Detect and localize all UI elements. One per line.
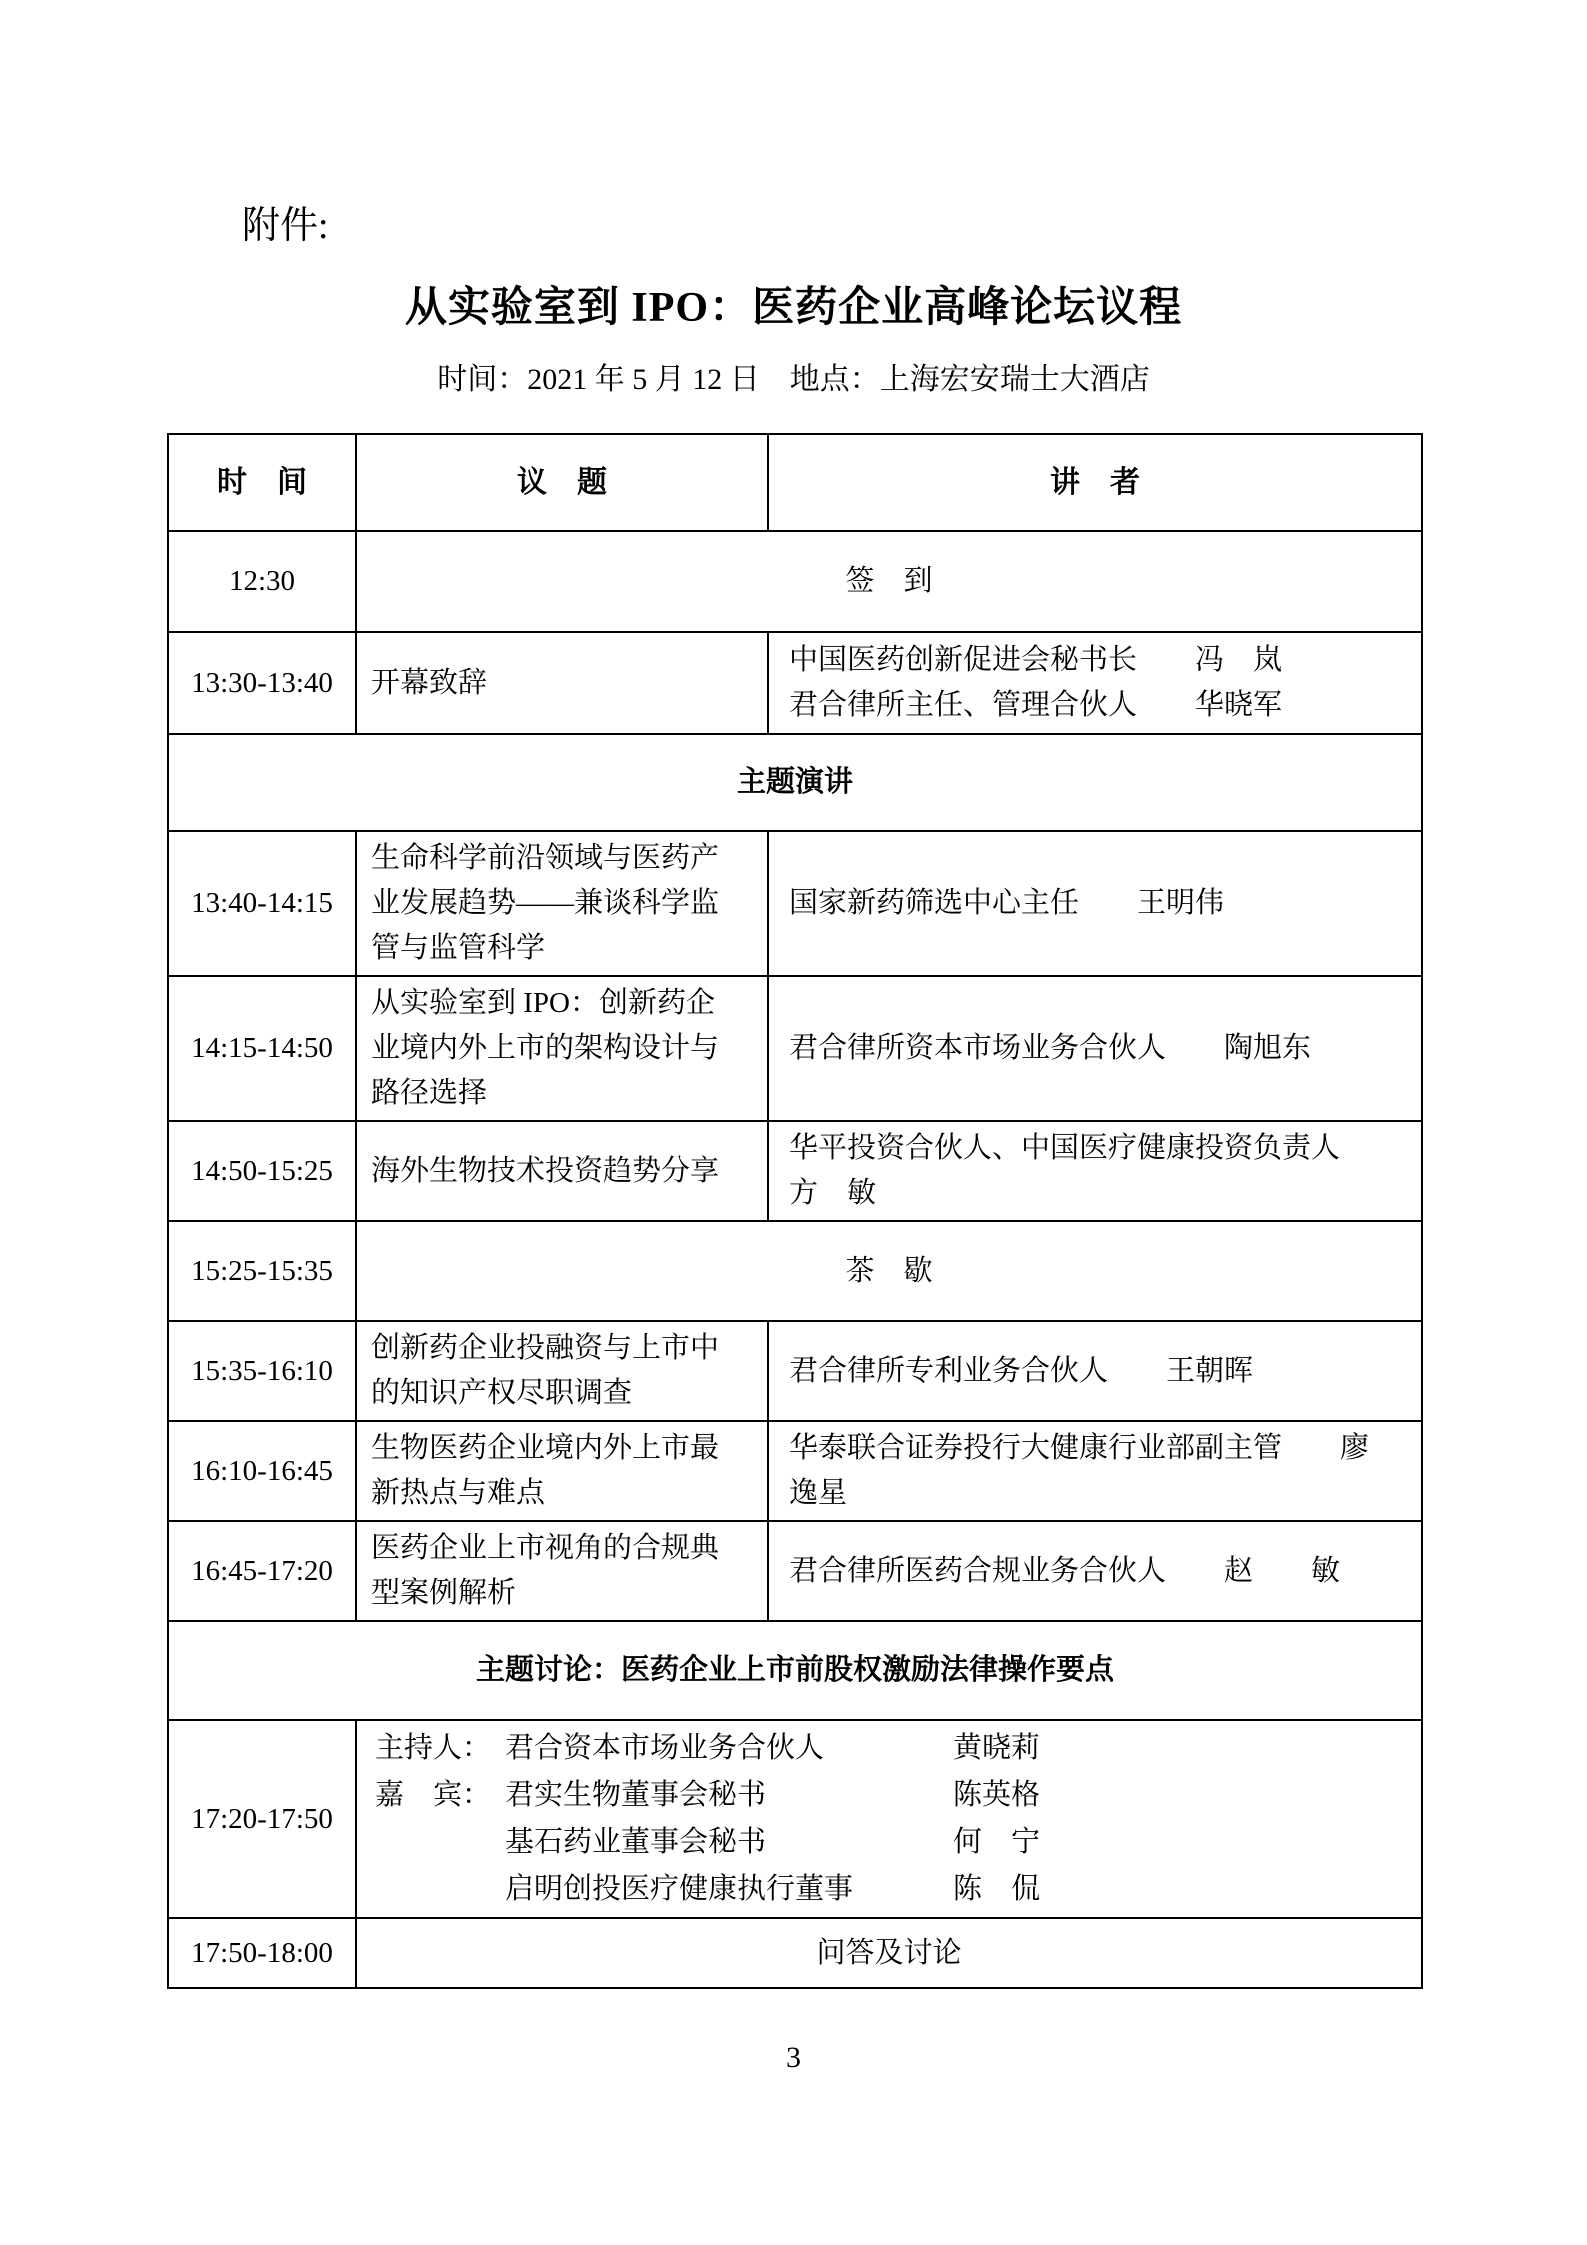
panel-org: 基石药业董事会秘书 [505, 1819, 953, 1866]
topic-cell: 生物医药企业境内外上市最 新热点与难点 [356, 1421, 768, 1521]
topic-cell: 海外生物技术投资趋势分享 [356, 1121, 768, 1221]
speaker-line: 中国医药创新促进会秘书长 冯 岚 [789, 638, 1415, 683]
speaker-cell: 君合律所专利业务合伙人 王朝晖 [768, 1321, 1422, 1421]
time-cell: 13:30-13:40 [168, 632, 356, 734]
panel-role-label: 主持人： [375, 1725, 505, 1772]
column-header-speaker: 讲 者 [768, 434, 1422, 531]
panel-discussion-cell: 主持人： 君合资本市场业务合伙人 黄晓莉 嘉 宾： 君实生物董事会秘书 陈英格 … [356, 1720, 1422, 1918]
panel-org: 君实生物董事会秘书 [505, 1772, 953, 1819]
panel-line: 嘉 宾： 君实生物董事会秘书 陈英格 [375, 1772, 1415, 1819]
merged-content-cell: 签 到 [356, 531, 1422, 632]
speaker-line: 方 敏 [789, 1171, 1415, 1216]
time-cell: 12:30 [168, 531, 356, 632]
panel-role-label: 嘉 宾： [375, 1772, 505, 1819]
document-page: 附件: 从实验室到 IPO：医药企业高峰论坛议程 时间：2021 年 5 月 1… [0, 0, 1587, 2245]
topic-line: 的知识产权尽职调查 [371, 1371, 761, 1416]
topic-cell: 创新药企业投融资与上市中 的知识产权尽职调查 [356, 1321, 768, 1421]
column-header-time: 时 间 [168, 434, 356, 531]
topic-line: 生命科学前沿领域与医药产 [371, 836, 761, 881]
table-row: 16:45-17:20 医药企业上市视角的合规典 型案例解析 君合律所医药合规业… [168, 1521, 1422, 1621]
panel-name: 何 宁 [953, 1819, 1415, 1866]
table-header-row: 时 间 议 题 讲 者 [168, 434, 1422, 531]
table-row: 14:15-14:50 从实验室到 IPO：创新药企 业境内外上市的架构设计与 … [168, 976, 1422, 1121]
topic-line: 从实验室到 IPO：创新药企 [371, 981, 761, 1026]
table-row: 12:30 签 到 [168, 531, 1422, 632]
table-row: 15:25-15:35 茶 歇 [168, 1221, 1422, 1321]
speaker-line: 华平投资合伙人、中国医疗健康投资负责人 [789, 1126, 1415, 1171]
panel-org: 启明创投医疗健康执行董事 [505, 1866, 953, 1913]
section-row: 主题讨论：医药企业上市前股权激励法律操作要点 [168, 1621, 1422, 1720]
topic-cell: 生命科学前沿领域与医药产 业发展趋势——兼谈科学监 管与监管科学 [356, 831, 768, 976]
table-row: 13:40-14:15 生命科学前沿领域与医药产 业发展趋势——兼谈科学监 管与… [168, 831, 1422, 976]
section-row: 主题演讲 [168, 734, 1422, 831]
panel-org: 君合资本市场业务合伙人 [505, 1725, 953, 1772]
topic-line: 生物医药企业境内外上市最 [371, 1426, 761, 1471]
time-cell: 14:50-15:25 [168, 1121, 356, 1221]
merged-content-cell: 茶 歇 [356, 1221, 1422, 1321]
event-time-location: 时间：2021 年 5 月 12 日 地点：上海宏安瑞士大酒店 [0, 358, 1587, 402]
speaker-line: 君合律所医药合规业务合伙人 赵 敏 [789, 1549, 1415, 1594]
speaker-line: 君合律所专利业务合伙人 王朝晖 [789, 1349, 1415, 1394]
topic-line: 业境内外上市的架构设计与 [371, 1026, 761, 1071]
table-row: 15:35-16:10 创新药企业投融资与上市中 的知识产权尽职调查 君合律所专… [168, 1321, 1422, 1421]
table-row: 14:50-15:25 海外生物技术投资趋势分享 华平投资合伙人、中国医疗健康投… [168, 1121, 1422, 1221]
panel-line: 主持人： 君合资本市场业务合伙人 黄晓莉 [375, 1725, 1415, 1772]
panel-name: 陈 侃 [953, 1866, 1415, 1913]
section-title-cell: 主题讨论：医药企业上市前股权激励法律操作要点 [168, 1621, 1422, 1720]
time-cell: 14:15-14:50 [168, 976, 356, 1121]
speaker-cell: 中国医药创新促进会秘书长 冯 岚 君合律所主任、管理合伙人 华晓军 [768, 632, 1422, 734]
speaker-cell: 君合律所资本市场业务合伙人 陶旭东 [768, 976, 1422, 1121]
merged-content-cell: 问答及讨论 [356, 1918, 1422, 1988]
speaker-line: 君合律所资本市场业务合伙人 陶旭东 [789, 1026, 1415, 1071]
section-title-cell: 主题演讲 [168, 734, 1422, 831]
topic-line: 业发展趋势——兼谈科学监 [371, 881, 761, 926]
topic-line: 开幕致辞 [371, 661, 761, 706]
column-header-topic: 议 题 [356, 434, 768, 531]
topic-cell: 开幕致辞 [356, 632, 768, 734]
panel-line: 基石药业董事会秘书 何 宁 [375, 1819, 1415, 1866]
speaker-line: 逸星 [789, 1471, 1415, 1516]
time-cell: 15:35-16:10 [168, 1321, 356, 1421]
speaker-line: 华泰联合证券投行大健康行业部副主管 廖 [789, 1426, 1415, 1471]
speaker-cell: 君合律所医药合规业务合伙人 赵 敏 [768, 1521, 1422, 1621]
topic-cell: 医药企业上市视角的合规典 型案例解析 [356, 1521, 768, 1621]
topic-line: 路径选择 [371, 1071, 761, 1116]
panel-line: 启明创投医疗健康执行董事 陈 侃 [375, 1866, 1415, 1913]
page-title: 从实验室到 IPO：医药企业高峰论坛议程 [0, 278, 1587, 338]
topic-line: 新热点与难点 [371, 1471, 761, 1516]
time-cell: 16:10-16:45 [168, 1421, 356, 1521]
speaker-cell: 国家新药筛选中心主任 王明伟 [768, 831, 1422, 976]
topic-line: 医药企业上市视角的合规典 [371, 1526, 761, 1571]
panel-role-label [375, 1819, 505, 1866]
speaker-line: 君合律所主任、管理合伙人 华晓军 [789, 683, 1415, 728]
topic-line: 型案例解析 [371, 1571, 761, 1616]
time-cell: 17:20-17:50 [168, 1720, 356, 1918]
page-number: 3 [0, 2036, 1587, 2080]
speaker-cell: 华泰联合证券投行大健康行业部副主管 廖 逸星 [768, 1421, 1422, 1521]
panel-name: 陈英格 [953, 1772, 1415, 1819]
table-row: 16:10-16:45 生物医药企业境内外上市最 新热点与难点 华泰联合证券投行… [168, 1421, 1422, 1521]
agenda-table: 时 间 议 题 讲 者 12:30 签 到 13:30-13:40 开幕致辞 中… [167, 433, 1423, 1989]
topic-line: 海外生物技术投资趋势分享 [371, 1149, 761, 1194]
topic-line: 管与监管科学 [371, 926, 761, 971]
panel-role-label [375, 1866, 505, 1913]
time-cell: 13:40-14:15 [168, 831, 356, 976]
table-row: 13:30-13:40 开幕致辞 中国医药创新促进会秘书长 冯 岚 君合律所主任… [168, 632, 1422, 734]
speaker-cell: 华平投资合伙人、中国医疗健康投资负责人 方 敏 [768, 1121, 1422, 1221]
time-cell: 17:50-18:00 [168, 1918, 356, 1988]
panel-name: 黄晓莉 [953, 1725, 1415, 1772]
table-row: 17:20-17:50 主持人： 君合资本市场业务合伙人 黄晓莉 嘉 宾： 君实… [168, 1720, 1422, 1918]
table-row: 17:50-18:00 问答及讨论 [168, 1918, 1422, 1988]
speaker-line: 国家新药筛选中心主任 王明伟 [789, 881, 1415, 926]
attachment-label: 附件: [242, 198, 329, 254]
topic-line: 创新药企业投融资与上市中 [371, 1326, 761, 1371]
time-cell: 16:45-17:20 [168, 1521, 356, 1621]
time-cell: 15:25-15:35 [168, 1221, 356, 1321]
topic-cell: 从实验室到 IPO：创新药企 业境内外上市的架构设计与 路径选择 [356, 976, 768, 1121]
